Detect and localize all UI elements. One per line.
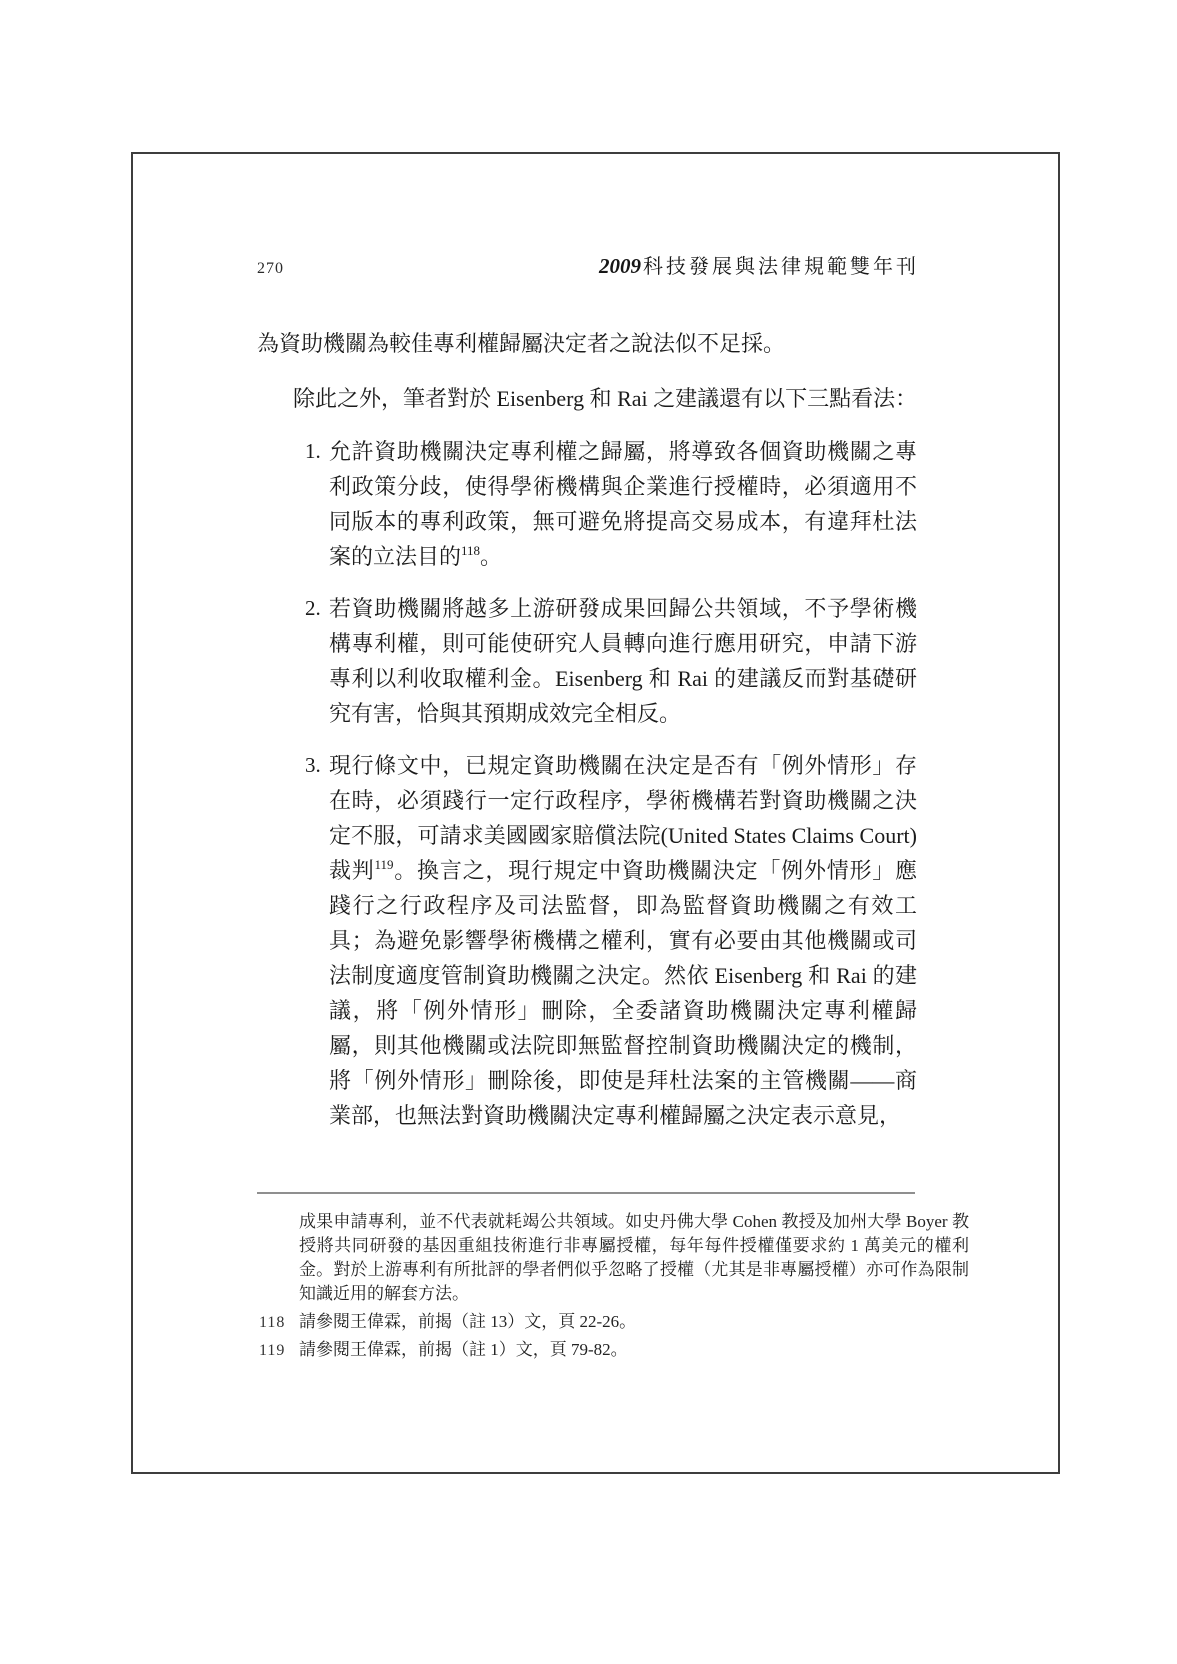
list-item-2: 2. 若資助機關將越多上游研發成果回歸公共領域，不予學術機構專利權，則可能使研究… [329,591,917,731]
main-text-column: 為資助機關為較佳專利權歸屬決定者之說法似不足採。 除此之外，筆者對於 Eisen… [257,326,919,1133]
footnote-118-text: 請參閱王偉霖，前揭（註 13）文，頁 22-26。 [299,1312,636,1331]
list-item-1-text-main: 允許資助機關決定專利權之歸屬，將導致各個資助機關之專利政策分歧，使得學術機構與企… [329,439,917,569]
list-item-3: 3. 現行條文中，已規定資助機關在決定是否有「例外情形」存在時，必須踐行一定行政… [329,748,917,1133]
list-item-1: 1. 允許資助機關決定專利權之歸屬，將導致各個資助機關之專利政策分歧，使得學術機… [329,434,917,574]
scanned-page-canvas: 270 2009科技發展與法律規範雙年刊 為資助機關為較佳專利權歸屬決定者之說法… [0,0,1177,1664]
journal-title-text: 科技發展與法律規範雙年刊 [643,256,919,278]
footnote-118: 118 請參閱王偉霖，前揭（註 13）文，頁 22-26。 [257,1310,969,1334]
numbered-list: 1. 允許資助機關決定專利權之歸屬，將導致各個資助機關之專利政策分歧，使得學術機… [329,434,917,1133]
footnote-118-number: 118 [259,1311,285,1335]
page-number: 270 [257,260,284,278]
list-item-3-text-end: 。換言之，現行規定中資助機關決定「例外情形」應踐行之行政程序及司法監督，即為監督… [329,858,917,1128]
journal-title-year: 2009 [599,254,641,278]
list-item-1-text: 允許資助機關決定專利權之歸屬，將導致各個資助機關之專利政策分歧，使得學術機構與企… [329,439,917,569]
paragraph-continuation: 為資助機關為較佳專利權歸屬決定者之說法似不足採。 [257,326,919,361]
footnote-separator [257,1192,915,1194]
footnote-ref-118: 118 [461,543,480,558]
list-item-1-number: 1. [305,434,321,469]
footnote-119-number: 119 [259,1339,285,1363]
footnote-119-text: 請參閱王偉霖，前揭（註 1）文，頁 79-82。 [299,1340,628,1359]
footnote-ref-119: 119 [375,857,394,872]
journal-title: 2009科技發展與法律規範雙年刊 [599,250,919,279]
paragraph-intro: 除此之外，筆者對於 Eisenberg 和 Rai 之建議還有以下三點看法： [257,381,919,416]
page-header: 270 2009科技發展與法律規範雙年刊 [257,250,919,279]
list-item-3-text: 現行條文中，已規定資助機關在決定是否有「例外情形」存在時，必須踐行一定行政程序，… [329,753,917,1128]
list-item-1-text-end: 。 [480,544,502,569]
list-item-3-number: 3. [305,748,321,783]
list-item-2-number: 2. [305,591,321,626]
footnote-119: 119 請參閱王偉霖，前揭（註 1）文，頁 79-82。 [257,1338,969,1362]
list-item-2-text: 若資助機關將越多上游研發成果回歸公共領域，不予學術機構專利權，則可能使研究人員轉… [329,596,917,726]
page-frame: 270 2009科技發展與法律規範雙年刊 為資助機關為較佳專利權歸屬決定者之說法… [131,152,1060,1474]
footnote-continuation: 成果申請專利，並不代表就耗竭公共領域。如史丹佛大學 Cohen 教授及加州大學 … [299,1210,969,1306]
footnote-block: 成果申請專利，並不代表就耗竭公共領域。如史丹佛大學 Cohen 教授及加州大學 … [257,1192,969,1362]
